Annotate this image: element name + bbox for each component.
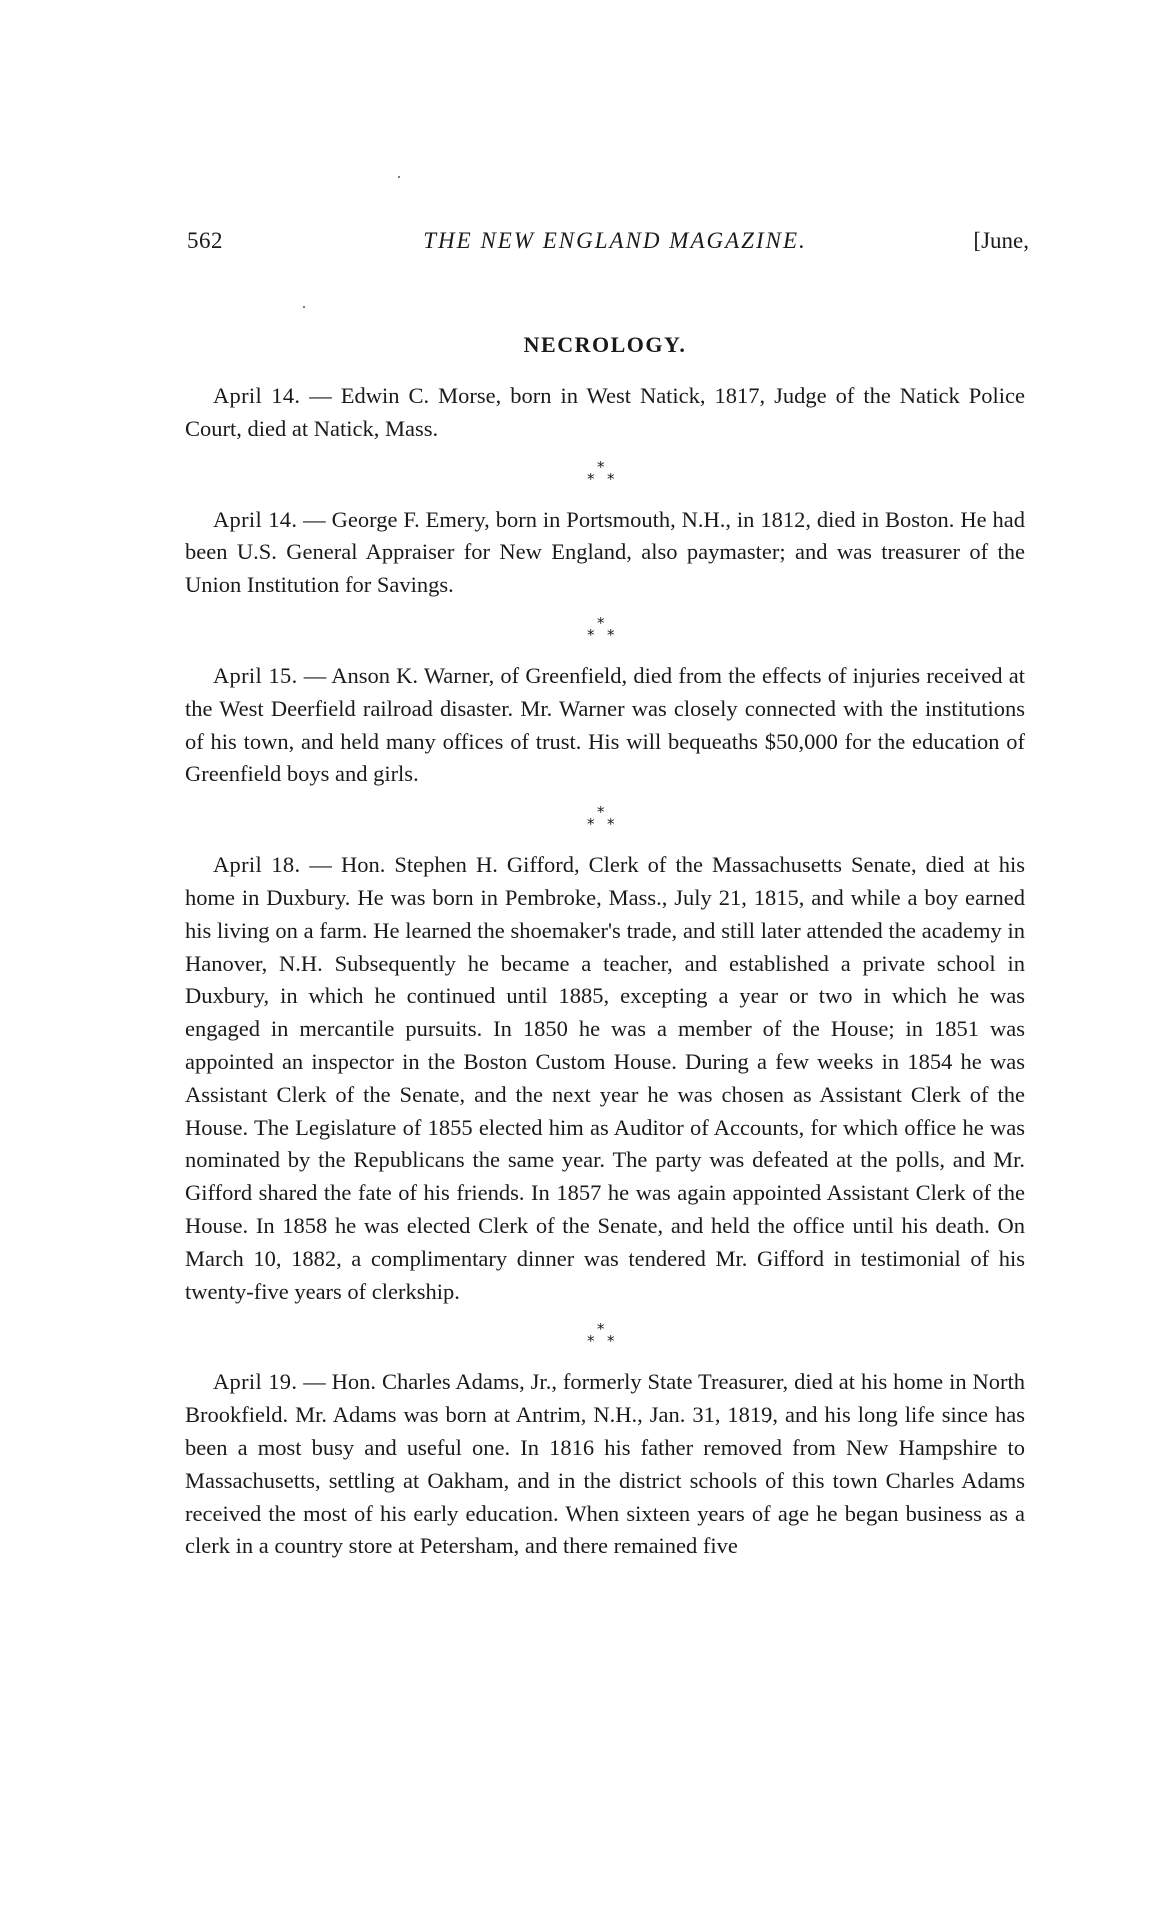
asterism-icon: *: [587, 628, 595, 643]
entry-text: Hon. Stephen H. Gifford, Clerk of the Ma…: [185, 852, 1025, 1303]
print-speck: [303, 306, 305, 308]
obituary-entry: April 14. — George F. Emery, born in Por…: [185, 504, 1025, 602]
entry-dash: —: [297, 1369, 331, 1394]
entry-date: April 14.: [213, 383, 300, 408]
entry-date: April 18.: [213, 852, 300, 877]
entry-dash: —: [300, 383, 340, 408]
asterism-icon: *: [597, 460, 605, 475]
asterism-icon: *: [587, 817, 595, 832]
asterism-separator: * * *: [185, 446, 1025, 504]
asterism-icon: *: [597, 1322, 605, 1337]
necrology-entries: April 14. — Edwin C. Morse, born in West…: [185, 380, 1025, 1563]
entry-dash: —: [298, 663, 332, 688]
obituary-entry: April 15. — Anson K. Warner, of Greenfie…: [185, 660, 1025, 791]
running-head: 562 THE NEW ENGLAND MAGAZINE. [June,: [185, 226, 1025, 256]
asterism-icon: *: [607, 817, 615, 832]
entry-dash: —: [300, 852, 341, 877]
obituary-entry: April 14. — Edwin C. Morse, born in West…: [185, 380, 1025, 446]
asterism-icon: *: [587, 1334, 595, 1349]
asterism-icon: *: [607, 1334, 615, 1349]
entry-date: April 14.: [213, 507, 297, 532]
asterism-icon: *: [607, 628, 615, 643]
asterism-icon: *: [607, 472, 615, 487]
asterism-separator: * * *: [185, 1308, 1025, 1366]
entry-date: April 15.: [213, 663, 298, 688]
obituary-entry: April 18. — Hon. Stephen H. Gifford, Cle…: [185, 849, 1025, 1308]
entry-date: April 19.: [213, 1369, 297, 1394]
issue-month: [June,: [973, 226, 1029, 256]
asterism-separator: * * *: [185, 791, 1025, 849]
asterism-icon: *: [587, 472, 595, 487]
obituary-entry: April 19. — Hon. Charles Adams, Jr., for…: [185, 1366, 1025, 1563]
asterism-icon: *: [597, 805, 605, 820]
entry-dash: —: [297, 507, 331, 532]
entry-text: Hon. Charles Adams, Jr., formerly State …: [185, 1369, 1025, 1558]
magazine-title: THE NEW ENGLAND MAGAZINE.: [185, 226, 1025, 256]
print-speck: [398, 176, 400, 178]
section-title-text: NECROLOGY.: [524, 332, 687, 357]
section-title: NECROLOGY.: [185, 330, 1025, 360]
asterism-separator: * * *: [185, 602, 1025, 660]
asterism-icon: *: [597, 616, 605, 631]
